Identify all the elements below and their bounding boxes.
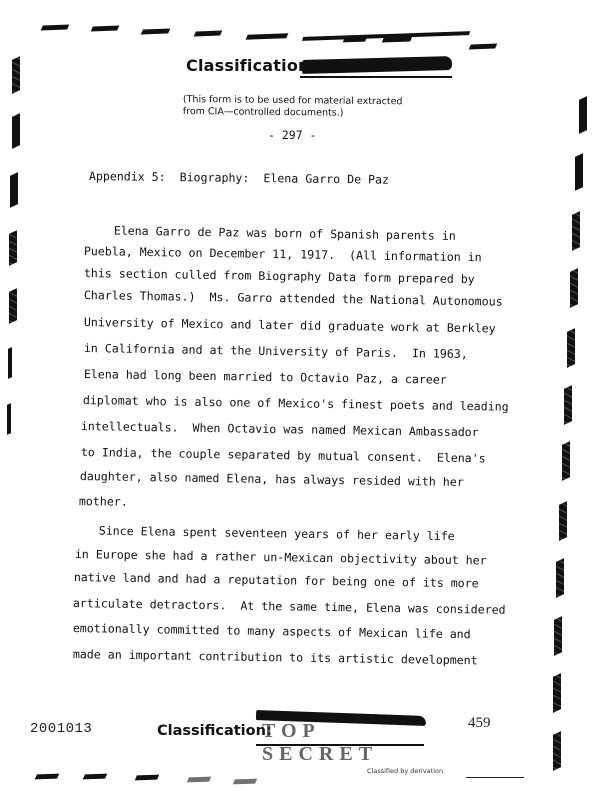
stamp-text: TOP SECRET <box>262 720 426 766</box>
body-line: Puebla, Mexico on December 11, 1917. (Al… <box>84 244 482 264</box>
border-dash-right <box>559 501 567 541</box>
border-dash-left <box>7 403 11 435</box>
body-line: in Europe she had a rather un-Mexican ob… <box>75 547 487 567</box>
reference-number: 459 <box>468 715 491 732</box>
body-line: University of Mexico and later did gradu… <box>84 315 496 335</box>
border-dash-bottom <box>187 777 212 783</box>
body-line: native land and had a reputation for bei… <box>74 570 479 590</box>
classification-label-top: Classification: <box>186 56 316 75</box>
body-line: intellectuals. When Octavio was named Me… <box>81 419 479 439</box>
top-secret-stamp-bottom: TOP SECRET <box>256 703 426 747</box>
body-line: mother. <box>79 494 128 509</box>
appendix-heading: Appendix 5: Biography: Elena Garro De Pa… <box>89 169 389 187</box>
border-dash-left <box>8 347 12 379</box>
classification-label-bottom: Classification: <box>157 723 272 739</box>
body-line: diplomat who is also one of Mexico's fin… <box>83 393 509 414</box>
classification-redaction-top <box>302 56 452 74</box>
border-dash-top <box>141 29 171 35</box>
border-dash-right <box>570 268 578 308</box>
body-line: Since Elena spent seventeen years of her… <box>64 523 455 543</box>
border-dash-right <box>562 441 570 481</box>
border-dash-right <box>572 211 580 251</box>
border-dash-right <box>553 673 561 713</box>
border-dash-right <box>567 328 575 368</box>
classified-by-label: Classified by derivation <box>367 767 443 775</box>
body-line: Charles Thomas.) Ms. Garro attended the … <box>84 288 503 309</box>
classification-underline-top <box>300 76 452 78</box>
form-usage-note: (This form is to be used for material ex… <box>183 94 403 120</box>
border-dash-right <box>553 731 561 771</box>
border-dash-bottom <box>135 775 160 781</box>
body-line: daughter, also named Elena, has always r… <box>80 469 464 489</box>
border-dash-bottom <box>233 779 258 785</box>
border-dash-right <box>554 616 562 656</box>
border-dash-left <box>12 56 20 94</box>
border-dash-top <box>194 31 223 37</box>
body-line: this section culled from Biography Data … <box>84 266 475 286</box>
body-line: to India, the couple separated by mutual… <box>81 445 486 465</box>
body-line: in California and at the University of P… <box>84 341 468 361</box>
document-id: 2001013 <box>30 721 92 737</box>
document-page: Classification: (This form is to be used… <box>0 0 612 791</box>
border-dash-top <box>91 26 120 32</box>
top-secret-stamp-ghost <box>299 31 471 51</box>
border-dash-top <box>469 44 498 50</box>
border-dash-bottom <box>83 774 108 780</box>
body-line: articulate detractors. At the same time,… <box>73 596 506 617</box>
form-note-line: from CIA—controlled documents.) <box>183 106 403 120</box>
border-dash-left <box>10 172 18 208</box>
border-dash-left <box>12 113 20 149</box>
classified-by-line <box>466 777 524 778</box>
border-dash-left <box>9 288 17 324</box>
body-line: Elena Garro de Paz was born of Spanish p… <box>79 223 456 243</box>
border-dash-right <box>575 153 583 191</box>
border-dash-left <box>9 230 17 266</box>
body-line: made an important contribution to its ar… <box>73 647 478 667</box>
border-dash-bottom <box>35 774 60 780</box>
body-line: emotionally committed to many aspects of… <box>73 621 471 641</box>
border-dash-right <box>564 385 572 425</box>
classification-underline-bottom <box>256 744 424 746</box>
page-number: - 297 - <box>268 128 316 142</box>
border-dash-top <box>41 25 70 31</box>
border-dash-top <box>246 33 289 39</box>
body-line: Elena had long been married to Octavio P… <box>84 367 447 387</box>
border-dash-right <box>556 558 564 598</box>
border-dash-right <box>579 96 587 134</box>
